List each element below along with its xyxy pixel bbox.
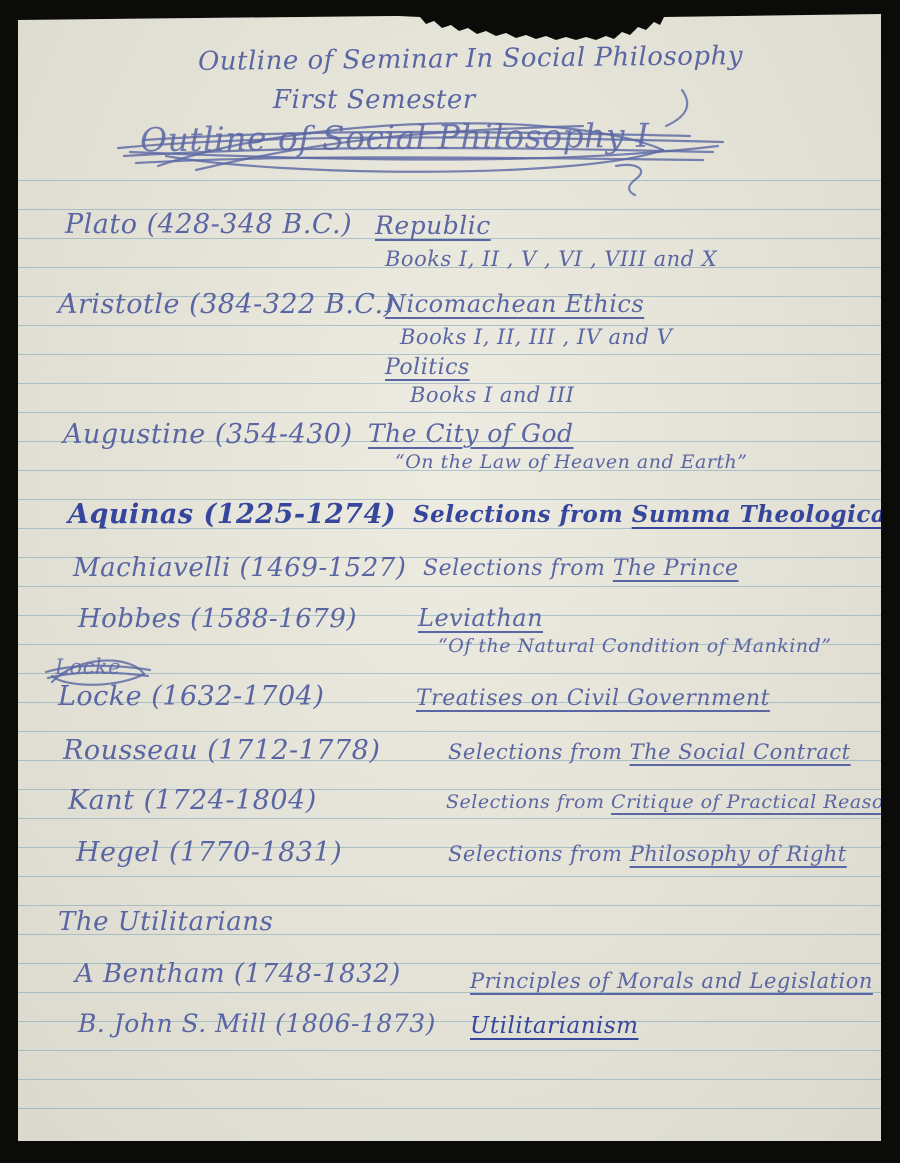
author-dates: (1724-1804) — [144, 785, 317, 816]
author-name: Plato — [65, 209, 138, 240]
item-label: B. — [78, 1009, 105, 1038]
books-list: Books I, II , V , VI , VIII and X — [385, 248, 717, 271]
work-line: Selections from The Prince — [423, 557, 739, 581]
notebook-page: Outline of Seminar In Social Philosophy … — [18, 14, 881, 1141]
entry-hegel: Hegel (1770-1831) — [76, 838, 342, 868]
work-line: Selections from Philosophy of Right — [448, 843, 847, 866]
author-dates: (1712-1778) — [207, 735, 380, 766]
document-subtitle: First Semester — [273, 86, 476, 115]
author-name: Aquinas — [68, 499, 194, 530]
work-line: Selections from Critique of Practical Re… — [446, 792, 897, 813]
author-dates: (1588-1679) — [190, 604, 357, 634]
author-name: Aristotle — [58, 289, 180, 320]
books-list: Books I, II, III , IV and V — [400, 326, 672, 349]
reading-prefix: Selections from — [448, 842, 622, 866]
work-title: Treatises on Civil Government — [416, 687, 770, 711]
crossed-out-title: Outline of Social Philosophy I — [140, 118, 650, 159]
author-name: Bentham — [103, 959, 225, 989]
entry-hobbes: Hobbes (1588-1679) — [78, 605, 357, 634]
work-quote: “On the Law of Heaven and Earth” — [395, 452, 748, 473]
work-title: Principles of Morals and Legislation — [470, 970, 873, 993]
author-dates: (1225-1274) — [203, 499, 396, 530]
pen-flourish — [666, 90, 687, 126]
author-dates: (1632-1704) — [151, 681, 324, 712]
document-title: Outline of Seminar In Social Philosophy — [198, 42, 743, 76]
author-dates: (1806-1873) — [275, 1009, 436, 1038]
work-title: The Social Contract — [630, 740, 851, 764]
entry-locke: Locke (1632-1704) — [58, 682, 324, 712]
work-line: Selections from The Social Contract — [448, 741, 851, 764]
reading-prefix: Selections from — [413, 501, 623, 528]
entry-plato: Plato (428-348 B.C.) — [65, 210, 352, 240]
author-dates: (1770-1831) — [169, 837, 342, 868]
entry-kant: Kant (1724-1804) — [68, 786, 317, 816]
entry-rousseau: Rousseau (1712-1778) — [63, 736, 380, 766]
author-name: Rousseau — [63, 735, 198, 766]
work-title: Politics — [385, 356, 470, 380]
entry-bentham: A Bentham (1748-1832) — [75, 960, 401, 989]
crossed-out-word: Locke — [55, 656, 121, 679]
books-list: Books I and III — [410, 384, 574, 407]
work-line: Selections from Summa Theologica — [413, 502, 886, 527]
work-title: Nicomachean Ethics — [385, 291, 644, 317]
author-name: Machiavelli — [73, 553, 231, 583]
work-title: Critique of Practical Reason — [611, 791, 897, 813]
author-dates: (1469-1527) — [240, 553, 407, 583]
entry-mill: B. John S. Mill (1806-1873) — [78, 1010, 436, 1038]
work-title: The Prince — [613, 556, 739, 581]
author-dates: (428-348 B.C.) — [147, 209, 353, 240]
author-name: Locke — [58, 681, 142, 712]
entry-aquinas: Aquinas (1225-1274) — [68, 500, 396, 530]
reading-prefix: Selections from — [446, 791, 604, 813]
entry-aristotle: Aristotle (384-322 B.C.) — [58, 290, 395, 320]
pen-flourish — [616, 165, 641, 195]
reading-prefix: Selections from — [423, 556, 605, 581]
author-name: John S. Mill — [114, 1009, 267, 1038]
work-title: Utilitarianism — [470, 1014, 639, 1039]
author-dates: (384-322 B.C.) — [189, 289, 395, 320]
author-name: Augustine — [63, 419, 206, 450]
author-dates: (354-430) — [215, 419, 353, 450]
entry-augustine: Augustine (354-430) — [63, 420, 353, 450]
work-title: Republic — [375, 212, 491, 240]
work-title: Summa Theologica — [632, 501, 887, 528]
reading-prefix: Selections from — [448, 740, 622, 764]
work-quote: “Of the Natural Condition of Mankind” — [438, 636, 831, 657]
work-title: Philosophy of Right — [630, 842, 847, 866]
item-label: A — [75, 959, 94, 989]
author-name: Hegel — [76, 837, 160, 868]
author-name: Kant — [68, 785, 135, 816]
author-name: Hobbes — [78, 604, 181, 634]
work-title: Leviathan — [418, 605, 543, 631]
entry-machiavelli: Machiavelli (1469-1527) — [73, 554, 406, 583]
work-title: The City of God — [368, 420, 574, 448]
author-dates: (1748-1832) — [234, 959, 401, 989]
section-heading: The Utilitarians — [58, 908, 273, 937]
